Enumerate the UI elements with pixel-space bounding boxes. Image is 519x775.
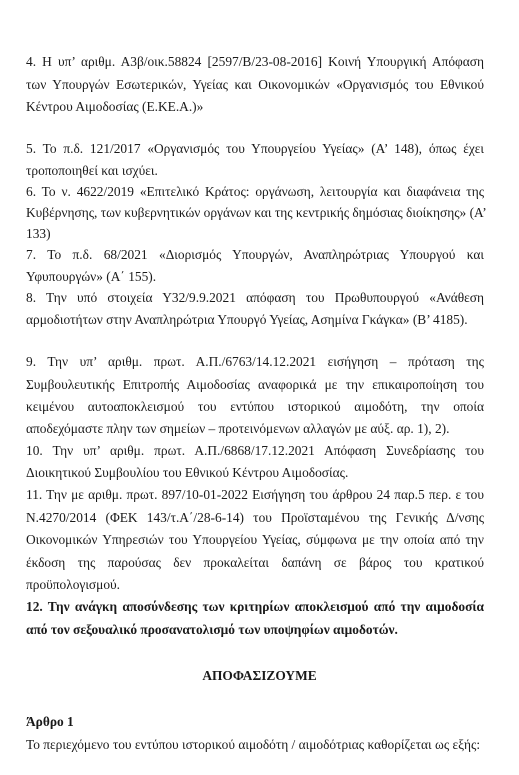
document-page: 4. Η υπ’ αριθμ. Α3β/οικ.58824 [2597/Β/23… <box>0 0 519 775</box>
paragraph-9-line-2: Συμβουλευτικής Επιτροπής Αιμοδοσίας αναφ… <box>26 377 484 393</box>
paragraph-7-line-2: Υφυπουργών» (Α΄ 155). <box>26 269 484 285</box>
paragraph-10-line-2: Διοικητικού Συμβουλίου του Εθνικού Κέντρ… <box>26 465 484 481</box>
paragraph-8-line-2: αρμοδιοτήτων στην Αναπληρώτρια Υπουργό Υ… <box>26 312 484 328</box>
paragraph-11-line-4: έκδοση της παρούσας δεν προκαλείται δαπά… <box>26 555 484 571</box>
paragraph-6-line-3: 133) <box>26 226 484 242</box>
paragraph-9-line-3: κειμένου αυτοαποκλεισμού του εντύπου ιστ… <box>26 399 484 415</box>
paragraph-9-line-4: αποδεχόμαστε πλην των σημείων – προτεινό… <box>26 421 484 437</box>
article-title: Άρθρο 1 <box>26 714 484 730</box>
paragraph-11-line-1: 11. Την με αριθμ. πρωτ. 897/10-01-2022 Ε… <box>26 487 484 503</box>
paragraph-12-line-2: από τον σεξουαλικό προσανατολισμό των υπ… <box>26 622 484 638</box>
decision-heading: ΑΠΟΦΑΣΙΖΟΥΜΕ <box>0 668 519 684</box>
paragraph-5-line-1: 5. Το π.δ. 121/2017 «Οργανισμός του Υπου… <box>26 141 484 157</box>
paragraph-4-line-2: των Υπουργών Εσωτερικών, Υγείας και Οικο… <box>26 77 484 93</box>
paragraph-6-line-1: 6. Το ν. 4622/2019 «Επιτελικό Κράτος: ορ… <box>26 184 484 200</box>
paragraph-5-line-2: τροποποιηθεί και ισχύει. <box>26 163 484 179</box>
paragraph-11-line-5: προϋπολογισμού. <box>26 577 484 593</box>
paragraph-9-line-1: 9. Την υπ’ αριθμ. πρωτ. Α.Π./6763/14.12.… <box>26 354 484 370</box>
paragraph-4-line-3: Κέντρου Αιμοδοσίας (Ε.ΚΕ.Α.)» <box>26 99 484 115</box>
paragraph-11-line-3: Οικονομικών Υπηρεσιών του Υπουργείου Υγε… <box>26 532 484 548</box>
paragraph-12-line-1: 12. Την ανάγκη αποσύνδεσης των κριτηρίων… <box>26 599 484 615</box>
paragraph-11-line-2: Ν.4270/2014 (ΦΕΚ 143/τ.Α΄/28-6-14) του Π… <box>26 510 484 526</box>
paragraph-8-line-1: 8. Την υπό στοιχεία Υ32/9.9.2021 απόφαση… <box>26 290 484 306</box>
paragraph-10-line-1: 10. Την υπ’ αριθμ. πρωτ. Α.Π./6868/17.12… <box>26 443 484 459</box>
paragraph-6-line-2: Κυβέρνησης, των κυβερνητικών οργάνων και… <box>26 205 484 221</box>
paragraph-7-line-1: 7. Το π.δ. 68/2021 «Διορισμός Υπουργών, … <box>26 247 484 263</box>
paragraph-4-line-1: 4. Η υπ’ αριθμ. Α3β/οικ.58824 [2597/Β/23… <box>26 54 484 70</box>
article-text: Το περιεχόμενο του εντύπου ιστορικού αιμ… <box>26 737 484 753</box>
